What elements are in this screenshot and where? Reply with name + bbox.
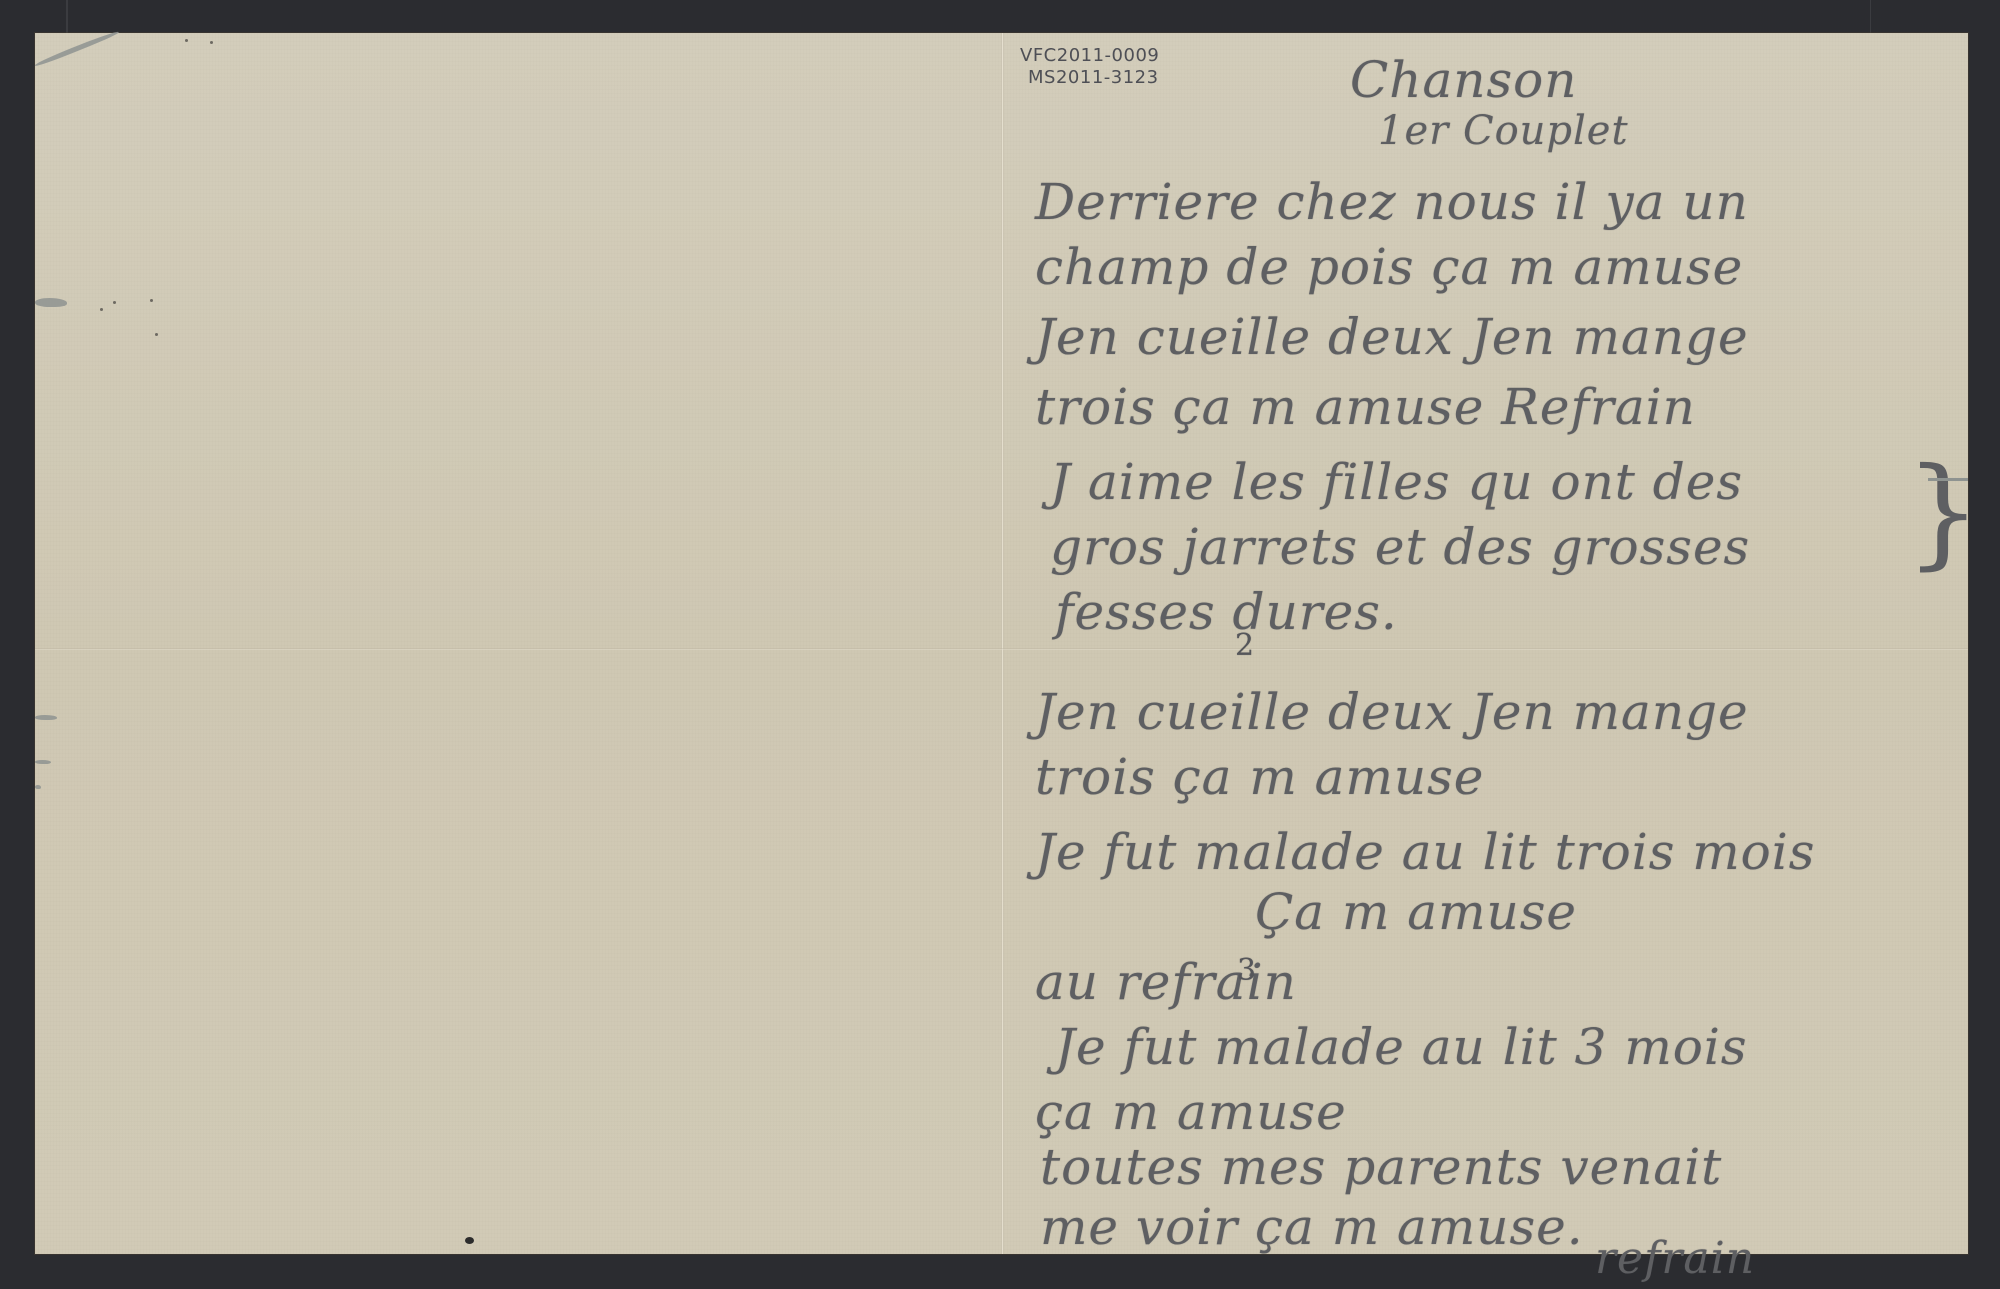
catalog-ids: VFC2011-0009 MS2011-3123 bbox=[1020, 45, 1159, 89]
refrain-bracket: } bbox=[1905, 453, 1981, 573]
lyric-line: gros jarrets et des grosses bbox=[1050, 518, 1750, 576]
verse-heading: 1er Couplet bbox=[1378, 108, 1629, 154]
lyric-line: au refrain bbox=[1035, 953, 1297, 1011]
lyric-line: Je fut malade au lit 3 mois bbox=[1055, 1018, 1747, 1076]
lyric-line: trois ça m amuse bbox=[1035, 748, 1484, 806]
lyric-line: toutes mes parents venait bbox=[1040, 1138, 1722, 1196]
verse-number-3: 3 bbox=[1237, 953, 1257, 988]
mat-scratch bbox=[1870, 0, 1871, 33]
lyric-line: refrain bbox=[1595, 1233, 1755, 1284]
right-page: VFC2011-0009 MS2011-3123 Chanson 1er Cou… bbox=[35, 33, 1968, 1254]
lyric-line: Derriere chez nous il ya un bbox=[1035, 173, 1749, 231]
song-title: Chanson bbox=[1350, 51, 1577, 109]
catalog-id-ms: MS2011-3123 bbox=[1020, 67, 1159, 89]
catalog-id-vfc: VFC2011-0009 bbox=[1020, 45, 1159, 67]
lyric-line: Ça m amuse bbox=[1255, 883, 1577, 941]
lyric-line: Je fut malade au lit trois mois bbox=[1035, 823, 1815, 881]
lyric-line: champ de pois ça m amuse bbox=[1035, 238, 1743, 296]
lyric-line: fesses dures. bbox=[1055, 583, 1398, 641]
mat-scratch bbox=[66, 0, 68, 33]
lyric-line: trois ça m amuse Refrain bbox=[1035, 378, 1696, 436]
manuscript-sheet: VFC2011-0009 MS2011-3123 Chanson 1er Cou… bbox=[35, 33, 1968, 1254]
lyric-line: ça m amuse bbox=[1035, 1083, 1347, 1141]
lyric-line: Jen cueille deux Jen mange bbox=[1035, 683, 1749, 741]
lyric-line: me voir ça m amuse. bbox=[1040, 1198, 1584, 1256]
lyric-line: Jen cueille deux Jen mange bbox=[1035, 308, 1749, 366]
lyric-line: J aime les filles qu ont des bbox=[1050, 453, 1743, 511]
margin-dash bbox=[1928, 478, 1968, 481]
verse-number-2: 2 bbox=[1235, 628, 1255, 663]
